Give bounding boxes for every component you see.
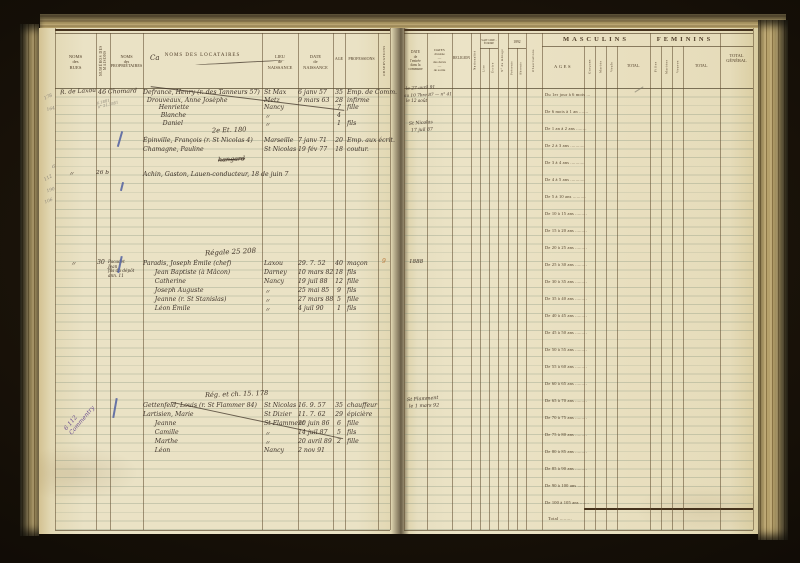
age-row-label: De 15 à 20 ans ......... — [545, 228, 587, 233]
age-row-label: De 55 à 60 ans ......... — [545, 364, 587, 369]
column-header-filles: Filles — [650, 48, 661, 86]
grid-line — [606, 46, 607, 530]
tenant-line: Épinville, François (r. St Nicolas 4)Mar… — [60, 137, 392, 146]
column-header-garcons: Garçons — [584, 48, 595, 86]
grid-line — [661, 46, 662, 530]
grid-line — [683, 46, 684, 530]
tenant-lines: Gettenfeld, Louis (r. St Flammer 84)St N… — [60, 402, 392, 456]
tenant-lines: Paradis, Joseph Émile (chef)Laxou29. 7. … — [60, 260, 392, 314]
tenant-line: Paradis, Joseph Émile (chef)Laxou29. 7. … — [60, 260, 392, 269]
column-header-religion: RELIGION — [452, 52, 471, 64]
tenant-line: Achin, Gaston, Lauen-conducteur, 18 de j… — [60, 171, 392, 180]
column-header-veufs: Veufs — [606, 48, 617, 86]
grid-line — [452, 33, 453, 530]
page-stack-top-edge — [40, 14, 786, 28]
observation-mark: 9 — [382, 259, 386, 266]
tenant-line: Gettenfeld, Louis (r. St Flammer 84)St N… — [60, 402, 392, 411]
age-total-label: Total ......... — [548, 516, 572, 521]
grid-line — [471, 33, 472, 530]
column-header-date-entree-commune: DATE de l'entrée dans la commune — [404, 36, 427, 86]
column-header-dates-sorties: DATES d'entrée — des décès — de sortie — [427, 34, 452, 86]
column-header-total-masculins: TOTAL. — [617, 60, 650, 72]
column-header-sait-ecrire: Écrire — [489, 50, 498, 86]
age-row-label: De 85 à 90 ans ......... — [545, 466, 587, 471]
entry-year-note: 1888 — [409, 259, 423, 265]
age-row-label: De 25 à 30 ans ......... — [545, 262, 587, 267]
age-row-label: De 60 à 65 ans ......... — [545, 381, 587, 386]
page-stack-bottom-edge — [48, 534, 748, 541]
tenant-line: JeanneSt Flamment20 juin 866fille — [60, 420, 392, 429]
column-header-age: AGE — [333, 54, 345, 64]
grid-line — [55, 29, 390, 31]
grid-line — [498, 33, 499, 530]
grid-line — [595, 46, 596, 530]
column-header-date-naissance: DATE de NAISSANCE — [298, 40, 333, 84]
age-row-label: De 4 à 5 ans ........... — [545, 177, 585, 182]
tenant-line: Jean Baptiste (à Mâcon)Darney10 mars 821… — [60, 269, 392, 278]
column-group-feminins: FEMININS — [650, 33, 720, 46]
grid-line — [584, 46, 585, 530]
grid-line — [55, 33, 390, 34]
entry-date-note: le 1 mars 92 — [409, 403, 439, 409]
age-row-label: De 65 à 70 ans ......... — [545, 398, 587, 403]
page-stack-right-edge — [758, 20, 788, 540]
tenant-line: Chamagne, PaulineSt Nicolas19 fév 7718co… — [60, 146, 392, 155]
column-header-observations-right: Observations — [526, 35, 542, 86]
grid-line — [584, 508, 753, 510]
grid-line — [480, 33, 481, 530]
age-row-label: Du 1er jour à 6 mois ... — [545, 92, 590, 97]
age-row-label: De 80 à 85 ans ......... — [545, 449, 587, 454]
grid-line — [404, 28, 405, 530]
age-row-label: De 90 à 100 ans ........ — [545, 483, 588, 488]
column-group-sait-lire-ecrire: SAIT LIRE - ÉCRIRE — [480, 37, 498, 47]
register-photo: NOMS des RUES NUMÉROS DES MAISONS NOMS d… — [0, 0, 800, 563]
margin-pencil-number: 6 — [52, 165, 55, 171]
age-row-label: De 100 à 105 ans ....... — [545, 500, 589, 505]
age-row-label: De 3 à 4 ans ........... — [545, 160, 585, 165]
column-header-noms-rues: NOMS des RUES — [55, 38, 96, 86]
column-header-mariees: Mariées — [661, 48, 672, 86]
age-row-label: De 50 à 55 ans ......... — [545, 347, 587, 352]
age-row-label: De 10 à 15 ans ......... — [545, 211, 587, 216]
column-header-presents: Présents — [508, 50, 517, 86]
grid-line — [617, 46, 618, 530]
grid-line — [517, 48, 518, 530]
column-header-noms-locataires: NOMS DES LOCATAIRES — [143, 50, 262, 62]
tenant-lines: Épinville, François (r. St Nicolas 4)Mar… — [60, 137, 392, 155]
tenant-line: Jeanne (r. St Stanislas)〃27 mars 885fill… — [60, 296, 392, 305]
grid-line — [404, 530, 753, 531]
age-row-label: De 5 à 10 ans .......... — [545, 194, 586, 199]
age-row-label: De 40 à 45 ans ......... — [545, 313, 587, 318]
age-row-label: De 75 à 80 ans ......... — [545, 432, 587, 437]
column-header-noms-proprietaires: NOMS des PROPRIÉTAIRES — [110, 38, 143, 86]
column-header-observations: OBSERVATIONS — [378, 35, 390, 86]
grid-line — [753, 28, 754, 530]
grid-line — [404, 88, 753, 89]
tenant-line: HenrietteNancy7fille — [60, 104, 392, 112]
age-row-label: De 6 mois à 1 an ....... — [545, 109, 588, 114]
column-header-nationalite: Nationalité — [471, 35, 480, 86]
column-header-total-general: TOTAL GÉNÉRAL — [720, 44, 753, 72]
grid-line — [542, 33, 543, 530]
age-row-label: De 30 à 35 ans ......... — [545, 279, 587, 284]
age-row-label: De 45 à 50 ans ......... — [545, 330, 587, 335]
column-header-veuves: Veuves — [672, 48, 683, 86]
section-scribble: 2e Et. 180 — [212, 126, 247, 134]
grid-line — [650, 33, 651, 530]
tenant-line: Drouveaux, Anne JosèpheMetz9 mars 6328in… — [60, 97, 392, 105]
age-row-label: De 70 à 75 ans ......... — [545, 415, 587, 420]
column-header-maries: Mariés — [595, 48, 606, 86]
column-header-numeros-maisons: NUMÉROS DES MAISONS — [96, 35, 110, 86]
ruling-right — [404, 88, 753, 530]
age-row-label: De 2 à 3 ans ........... — [545, 143, 585, 148]
tenant-line: CatherineNancy19 juil 8812fille — [60, 278, 392, 287]
crossed-out-word: hangard — [218, 155, 245, 163]
grid-line — [489, 48, 490, 530]
tenant-line: LéonNancy2 nov 91 — [60, 447, 392, 456]
grid-line — [720, 33, 721, 530]
column-header-sait-lire: Lire — [480, 50, 489, 86]
tenant-line: Joseph Auguste〃25 mai 859fils — [60, 287, 392, 296]
column-group-masculins: MASCULINS — [542, 33, 650, 46]
entry-date-note: le 12 août — [406, 99, 427, 104]
column-header-professions: PROFESSIONS — [345, 54, 378, 64]
column-header-numero-menage: N° du ménage — [498, 35, 508, 86]
tenant-line: Marthe〃20 avril 892fille — [60, 438, 392, 447]
grid-line — [427, 33, 428, 530]
tenant-line: Blanche〃4 — [60, 112, 392, 120]
page-stack-left-edge — [20, 24, 39, 536]
header-scribble: Ca — [150, 55, 160, 63]
grid-line — [508, 33, 509, 530]
tenant-line: Camille〃14 juil 875fils — [60, 429, 392, 438]
grid-line — [55, 28, 56, 530]
tenant-line: Léon Émile〃4 juil 901fils — [60, 305, 392, 314]
grid-line — [404, 29, 753, 31]
column-group-1892: 1892 — [508, 37, 526, 47]
grid-line — [672, 46, 673, 530]
age-row-label: De 1 an à 2 ans ........ — [545, 126, 587, 131]
column-header-total-feminins: TOTAL. — [683, 60, 720, 72]
column-header-lieu-naissance: LIEU de NAISSANCE — [262, 40, 298, 84]
column-header-absents: Absents — [517, 50, 526, 86]
grid-line — [55, 530, 390, 531]
age-row-label: De 20 à 25 ans ......... — [545, 245, 587, 250]
age-row-label: De 35 à 40 ans ......... — [545, 296, 587, 301]
tenant-lines: Achin, Gaston, Lauen-conducteur, 18 de j… — [60, 171, 392, 180]
grid-line — [526, 33, 527, 530]
column-header-ages: AGES — [542, 46, 584, 88]
